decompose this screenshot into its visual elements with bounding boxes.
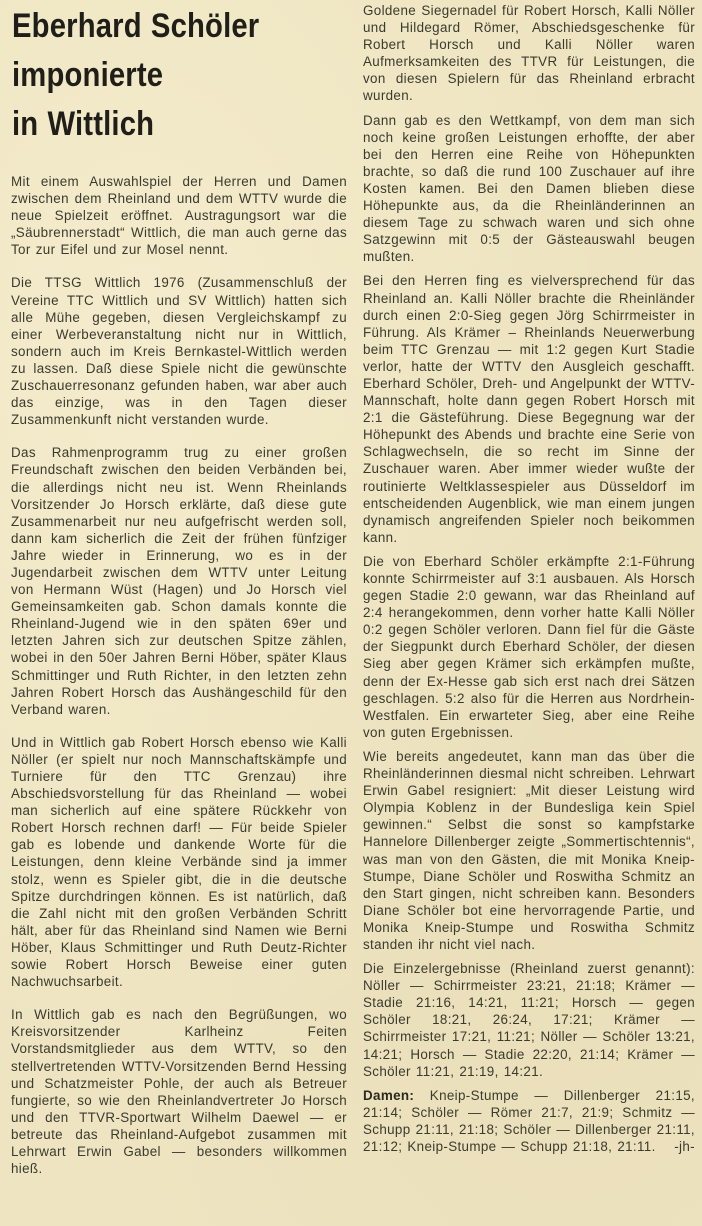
headline-line-3: in Wittlich: [12, 100, 356, 149]
paragraph-ttsg: Die TTSG Wittlich 1976 (Zusammenschluß d…: [11, 274, 347, 428]
paragraph-siegernadel: Goldene Siegernadel für Robert Horsch, K…: [363, 2, 695, 105]
right-column: Goldene Siegernadel für Robert Horsch, K…: [363, 2, 695, 1162]
paragraph-damen: Wie bereits angedeutet, kann man das übe…: [363, 748, 695, 953]
paragraph-einzelergebnisse: Die Einzelergebnisse (Rheinland zuerst g…: [363, 960, 695, 1080]
paragraph-intro: Mit einem Auswahlspiel der Herren und Da…: [11, 173, 347, 258]
newspaper-page: Eberhard Schöler imponierte in Wittlich …: [0, 0, 702, 1226]
headline-line-2: imponierte: [12, 51, 356, 100]
paragraph-damen-results: Damen: Kneip-Stumpe — Dillenberger 21:15…: [363, 1087, 695, 1155]
paragraph-wettkampf: Dann gab es den Wettkampf, von dem man s…: [363, 112, 695, 266]
left-column: Eberhard Schöler imponierte in Wittlich …: [11, 0, 347, 1193]
paragraph-fuehrung: Die von Eberhard Schöler erkämpfte 2:1-F…: [363, 553, 695, 741]
author-signature: -jh-: [674, 1138, 695, 1155]
paragraph-herren: Bei den Herren fing es vielversprechend …: [363, 272, 695, 546]
headline-line-1: Eberhard Schöler: [12, 2, 356, 51]
paragraph-rahmenprogramm: Das Rahmenprogramm trug zu einer großen …: [11, 444, 347, 718]
headline: Eberhard Schöler imponierte in Wittlich: [12, 2, 356, 149]
paragraph-begruessungen: In Wittlich gab es nach den Begrüßungen,…: [11, 1006, 347, 1177]
damen-label: Damen:: [363, 1088, 414, 1103]
paragraph-abschied: Und in Wittlich gab Robert Horsch ebenso…: [11, 734, 347, 990]
